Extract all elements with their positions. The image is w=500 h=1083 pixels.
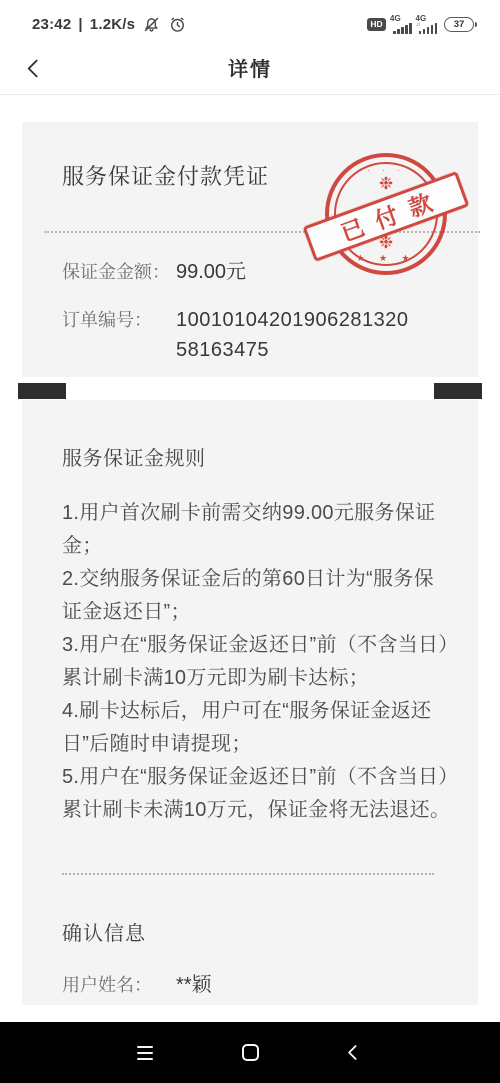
rules-title: 服务保证金规则 [62, 442, 454, 471]
rule-item: 5.用户在“服务保证金返还日”前（不含当日）累计刷卡未满10万元，保证金将无法退… [62, 761, 454, 827]
menu-icon [137, 1042, 153, 1064]
rule-item: 1.用户首次刷卡前需交纳99.00元服务保证金； [62, 497, 454, 563]
rule-item: 3.用户在“服务保证金返还日”前（不含当日）累计刷卡满10万元即为刷卡达标； [62, 629, 454, 695]
nav-menu-button[interactable] [110, 1022, 180, 1083]
receipt-card: 服务保证金付款凭证 · · · ❉ ❉ ★ ★ ★ 已付款 保证金金额： 99.… [22, 122, 478, 377]
rules-list: 1.用户首次刷卡前需交纳99.00元服务保证金； 2.交纳服务保证金后的第60日… [62, 497, 454, 827]
status-divider: | [78, 16, 82, 33]
deposit-amount-value: 99.00元 [176, 257, 246, 287]
chevron-left-icon [27, 59, 45, 77]
hd-icon: HD [367, 18, 386, 31]
rule-item: 2.交纳服务保证金后的第60日计为“服务保证金返还日”； [62, 563, 454, 629]
signal-bars-sim2-icon: 4G ↓↑ [419, 15, 438, 34]
rules-card: 服务保证金规则 1.用户首次刷卡前需交纳99.00元服务保证金； 2.交纳服务保… [22, 400, 478, 1005]
user-name-label: 用户姓名： [62, 970, 176, 1000]
signal-bars-sim1-icon: 4G [393, 15, 412, 34]
rule-item: 4.刷卡达标后，用户可在“服务保证金返还日”后随时申请提现； [62, 695, 454, 761]
bell-muted-icon [142, 15, 161, 34]
network-speed: 1.2K/s [90, 16, 135, 33]
order-number-label: 订单编号： [62, 305, 176, 335]
ticket-notch-left [18, 383, 66, 399]
status-time: 23:42 [32, 16, 71, 33]
back-button[interactable] [16, 48, 56, 88]
alarm-clock-icon [168, 15, 187, 34]
battery-icon: 37 [444, 17, 474, 32]
app-header: 详情 [0, 40, 500, 95]
ticket-notch-right [434, 383, 482, 399]
dotted-divider [62, 873, 434, 875]
page-title: 详情 [228, 53, 272, 82]
order-number-row: 订单编号： 1001010420190628132058163475 [62, 305, 458, 365]
nav-home-button[interactable] [215, 1022, 285, 1083]
paid-stamp: · · · ❉ ❉ ★ ★ ★ 已付款 [320, 148, 452, 280]
user-name-row: 用户姓名： **颖 [62, 970, 454, 1000]
home-icon [242, 1044, 259, 1061]
system-nav-bar [0, 1022, 500, 1083]
nav-back-icon [347, 1045, 363, 1061]
confirm-info-title: 确认信息 [62, 917, 454, 946]
nav-back-button[interactable] [320, 1022, 390, 1083]
order-number-value: 1001010420190628132058163475 [176, 305, 420, 365]
status-bar: 23:42 | 1.2K/s HD 4G 4G ↓↑ [0, 0, 500, 40]
deposit-amount-label: 保证金金额： [62, 257, 176, 287]
stamp-stars-decoration: ★ ★ ★ [320, 253, 452, 264]
user-name-value: **颖 [176, 970, 212, 1000]
